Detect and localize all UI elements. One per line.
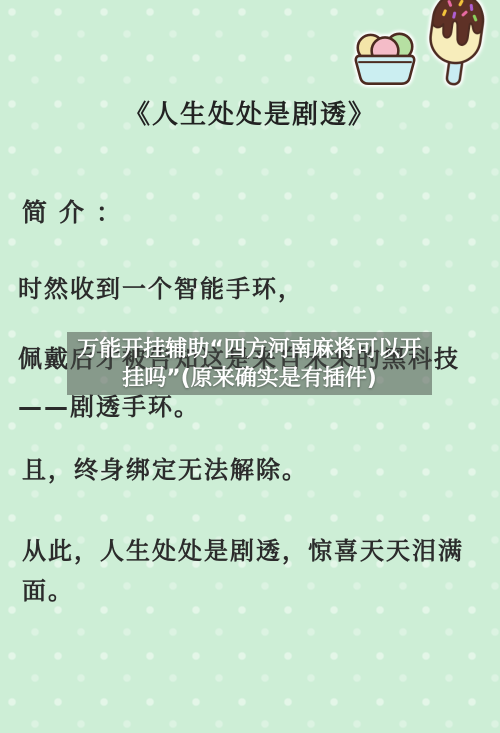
overlay-caption-line2: 挂吗”(原来确实是有插件) bbox=[122, 364, 377, 393]
story-intro-page: 《人生处处是剧透》 简介： 时然收到一个智能手环， 佩戴后才被告知这是来自未来的… bbox=[0, 0, 500, 733]
story-line: 从此，人生处处是剧透，惊喜天天泪满面。 bbox=[22, 531, 484, 611]
intro-label: 简介： bbox=[22, 198, 133, 228]
story-line: 时然收到一个智能手环， bbox=[18, 274, 304, 304]
story-line: 且，终身绑定无法解除。 bbox=[22, 455, 308, 485]
overlay-caption-banner: 万能开挂辅助“四方河南麻将可以开 挂吗”(原来确实是有插件) bbox=[67, 332, 432, 395]
story-line: ——剧透手环。 bbox=[18, 392, 200, 422]
popsicle-icon bbox=[408, 0, 500, 97]
overlay-caption-line1: 万能开挂辅助“四方河南麻将可以开 bbox=[77, 335, 421, 364]
page-title: 《人生处处是剧透》 bbox=[0, 94, 500, 131]
